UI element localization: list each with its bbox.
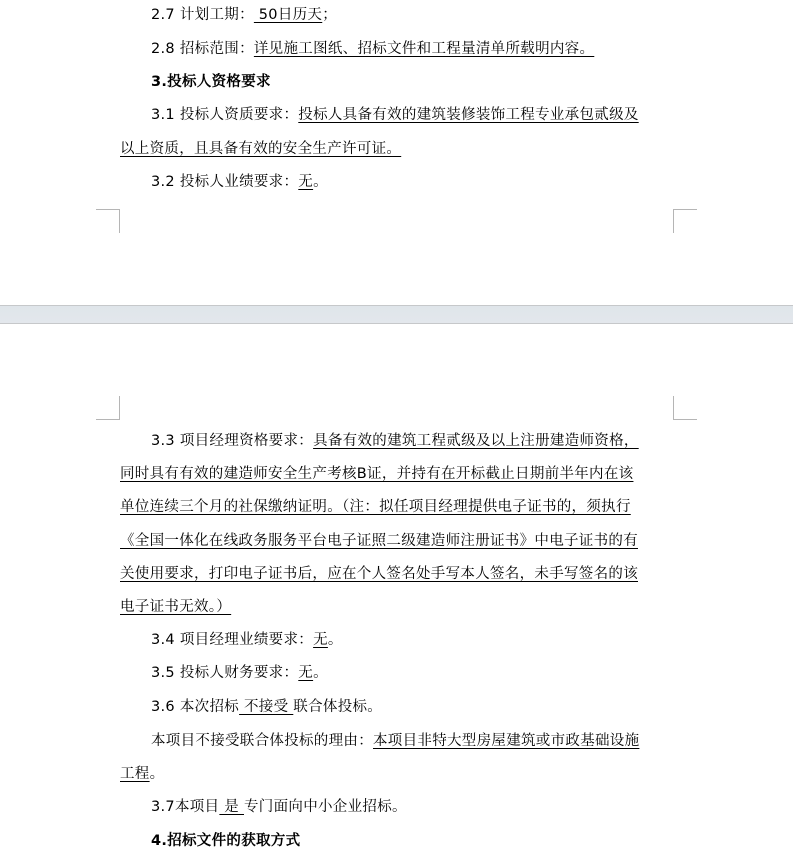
clause-suffix: 专门面向中小企业招标。 [244,799,407,815]
clause-label: 3.2 投标人业绩要求： [151,174,298,190]
margin-corner-top-right [673,396,697,420]
clause-value: 单位连续三个月的社保缴纳证明。（注：拟任项目经理提供电子证书的，须执行 [120,499,631,515]
clause-3-7-sme: 3.7本项目 是 专门面向中小企业招标。 [151,796,676,818]
clause-value: 工程 [120,766,150,782]
clause-value: 本项目非特大型房屋建筑或市政基础设施 [373,733,639,749]
clause-2-7-planned-duration: 2.7 计划工期： 50日历天； [151,4,676,26]
margin-corner-top-left [96,396,120,420]
clause-label: 3.7本项目 [151,799,219,815]
clause-3-2-performance: 3.2 投标人业绩要求：无。 [151,171,676,193]
clause-suffix: ； [322,7,337,23]
clause-3-1-continued: 以上资质，且具备有效的安全生产许可证。 [120,138,676,160]
consortium-reason-continued: 工程。 [120,763,676,785]
clause-3-3-line-5: 关使用要求，打印电子证书后，应在个人签名处手写本人签名，未手写签名的该 [120,563,676,585]
margin-corner-bottom-right [673,209,697,233]
clause-3-3-line-4: 《全国一体化在线政务服务平台电子证照二级建造师注册证书》中电子证书的有 [120,530,676,552]
clause-label: 本项目不接受联合体投标的理由： [151,733,373,749]
clause-3-5-financial: 3.5 投标人财务要求：无。 [151,662,676,684]
section-heading-4: 4.招标文件的获取方式 [151,830,676,852]
clause-3-3-line-6: 电子证书无效。） [120,596,676,618]
clause-label: 3.1 投标人资质要求： [151,107,298,123]
clause-label: 2.7 计划工期： [151,7,254,23]
clause-suffix: 联合体投标。 [293,699,382,715]
clause-suffix: 。 [313,665,328,681]
margin-corner-bottom-left [96,209,120,233]
page-break-separator [0,305,793,324]
clause-3-4-pm-performance: 3.4 项目经理业绩要求：无。 [151,629,676,651]
document-page-1: 2.7 计划工期： 50日历天； 2.8 招标范围：详见施工图纸、招标文件和工程… [0,0,793,305]
clause-value: 具备有效的建筑工程贰级及以上注册建造师资格， [313,433,639,449]
consortium-reason: 本项目不接受联合体投标的理由：本项目非特大型房屋建筑或市政基础设施 [151,730,676,752]
clause-label: 3.3 项目经理资格要求： [151,433,313,449]
clause-2-8-scope: 2.8 招标范围：详见施工图纸、招标文件和工程量清单所载明内容。 [151,38,676,60]
clause-label: 3.4 项目经理业绩要求： [151,632,313,648]
clause-suffix: 。 [328,632,343,648]
clause-value: 50日历天 [254,7,322,23]
clause-value: 无 [298,665,313,681]
clause-value: 是 [219,799,244,815]
clause-3-3-pm-qualification: 3.3 项目经理资格要求：具备有效的建筑工程贰级及以上注册建造师资格， [151,430,676,452]
clause-value: 无 [313,632,328,648]
clause-3-1-qualification: 3.1 投标人资质要求：投标人具备有效的建筑装修装饰工程专业承包贰级及 [151,104,676,126]
clause-label: 3.6 本次招标 [151,699,239,715]
clause-value: 电子证书无效。） [120,599,231,615]
clause-value: 不接受 [239,699,293,715]
clause-value: 无 [298,174,313,190]
clause-value: 详见施工图纸、招标文件和工程量清单所载明内容。 [254,41,594,57]
clause-value: 以上资质，且具备有效的安全生产许可证。 [120,141,401,157]
clause-3-3-line-2: 同时具有有效的建造师安全生产考核B证，并持有在开标截止日期前半年内在该 [120,463,676,485]
clause-value: 投标人具备有效的建筑装修装饰工程专业承包贰级及 [298,107,638,123]
clause-suffix: 。 [313,174,328,190]
clause-3-3-line-3: 单位连续三个月的社保缴纳证明。（注：拟任项目经理提供电子证书的，须执行 [120,496,676,518]
clause-value: 《全国一体化在线政务服务平台电子证照二级建造师注册证书》中电子证书的有 [120,533,638,549]
section-heading-3: 3.投标人资格要求 [151,71,676,93]
clause-label: 3.5 投标人财务要求： [151,665,298,681]
clause-suffix: 。 [150,766,165,782]
clause-label: 2.8 招标范围： [151,41,254,57]
clause-3-6-consortium: 3.6 本次招标 不接受 联合体投标。 [151,696,676,718]
clause-value: 关使用要求，打印电子证书后，应在个人签名处手写本人签名，未手写签名的该 [120,566,638,582]
clause-value: 同时具有有效的建造师安全生产考核B证，并持有在开标截止日期前半年内在该 [120,466,633,482]
